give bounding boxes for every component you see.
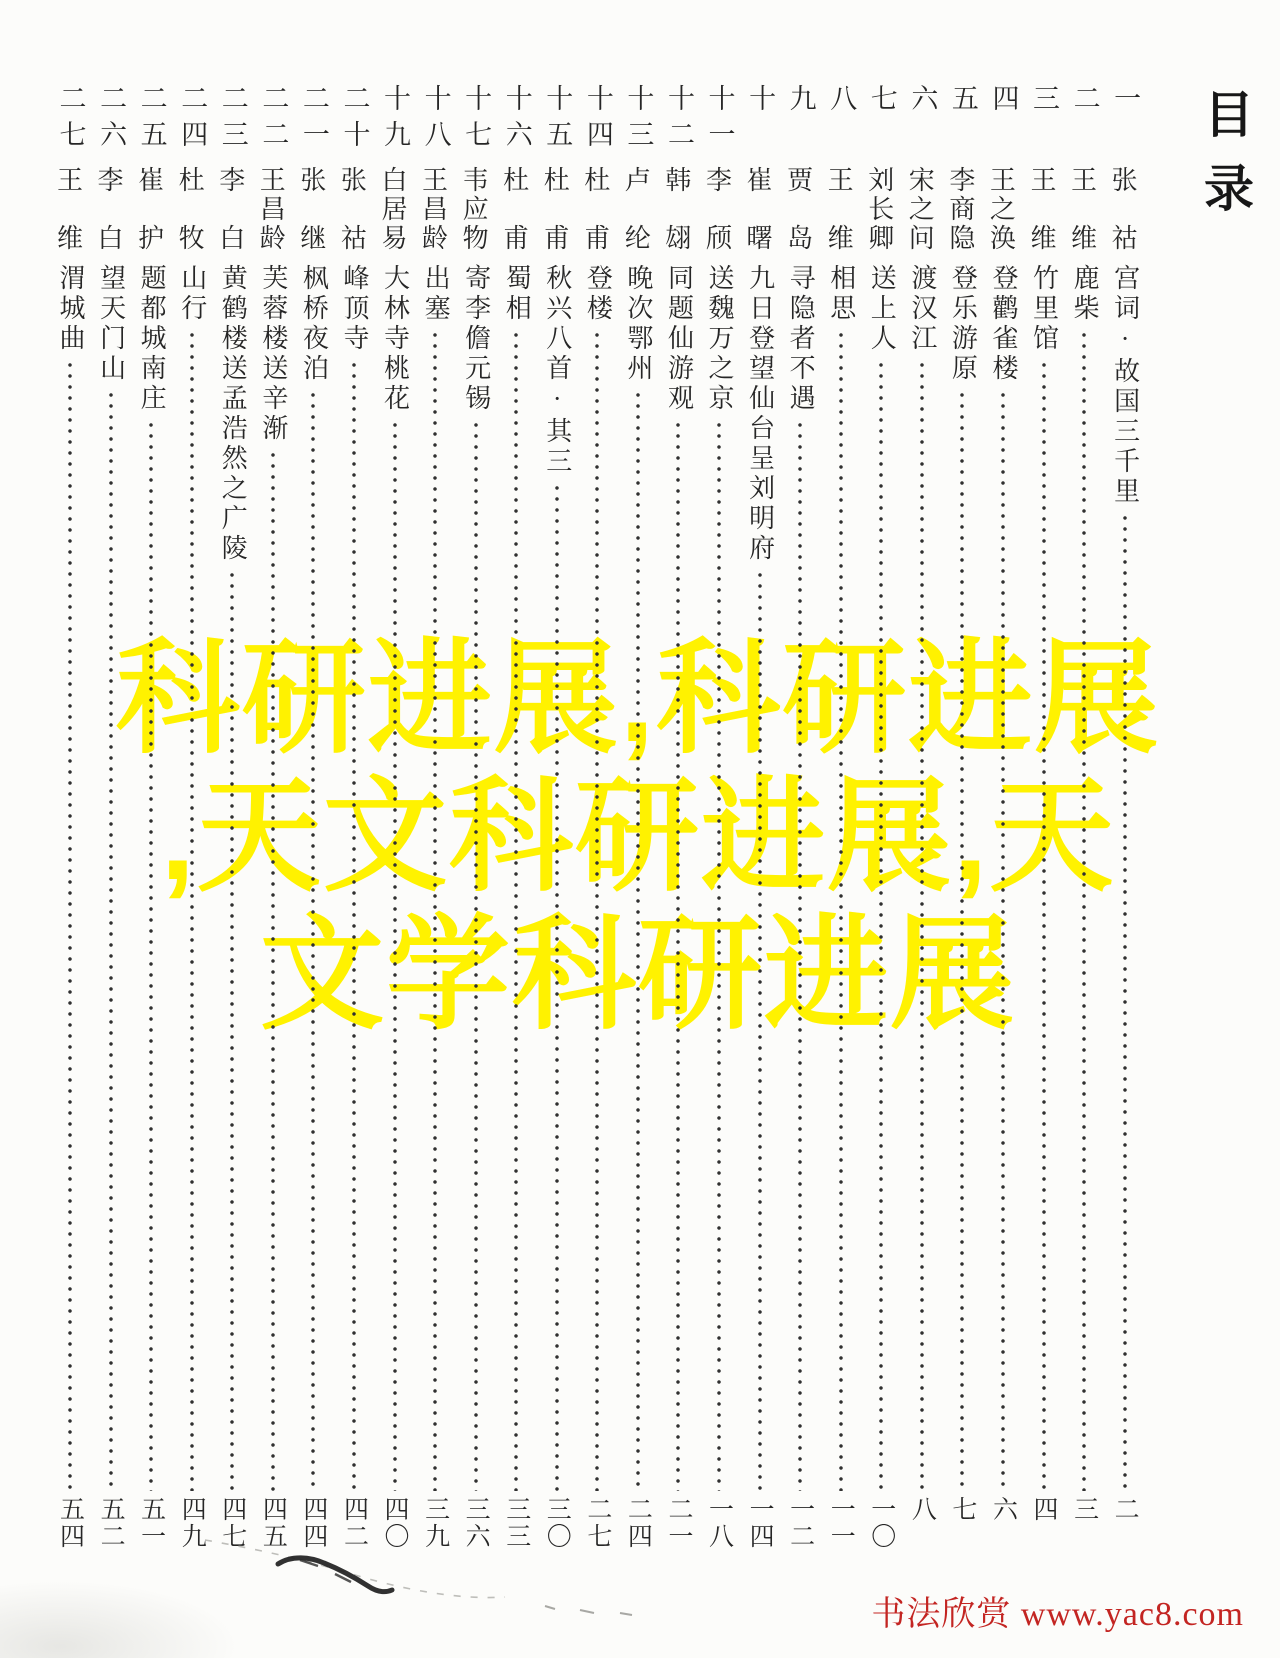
entry-number: 四	[989, 84, 1016, 164]
toc-entry: 二二 王昌龄 芙蓉楼送辛渐 四五	[253, 84, 293, 1568]
dot-leader	[474, 423, 478, 1491]
toc-entry: 九 贾岛 寻隐者不遇 一二	[780, 84, 820, 1568]
toc-entry: 二十 张祜 峰顶寺 四二	[334, 84, 374, 1568]
entry-number: 二十	[340, 84, 367, 164]
entry-number: 十	[746, 84, 773, 164]
entry-page-number: 二	[1112, 1496, 1137, 1568]
entry-author: 李白	[212, 168, 252, 252]
dot-leader	[920, 363, 924, 1491]
entry-title: 峰顶寺	[341, 264, 367, 354]
dot-leader	[109, 393, 113, 1491]
toc-entry: 十九 白居易 大林寺桃花 四〇	[375, 84, 415, 1568]
site-watermark: 书法欣赏 www.yac8.com	[871, 1586, 1244, 1635]
toc-entry: 二六 李白 望天门山 五二	[91, 84, 131, 1568]
entry-author: 李白	[91, 168, 131, 252]
page-title: 目录	[1200, 88, 1250, 236]
entry-number: 十二	[665, 84, 692, 164]
entry-author: 刘长卿	[861, 168, 901, 252]
dot-leader	[879, 363, 883, 1491]
toc-entry: 十一 李颀 送魏万之京 一八	[699, 84, 739, 1568]
entry-number: 三	[1030, 84, 1057, 164]
dot-leader	[676, 423, 680, 1491]
entry-author: 王昌龄	[253, 168, 293, 252]
entry-title: 秋兴八首·其三	[544, 264, 570, 477]
entry-title: 同题仙游观	[665, 264, 691, 414]
dot-leader	[514, 333, 518, 1491]
entry-title: 晚次鄂州	[625, 264, 651, 384]
entry-author: 韦应物	[456, 168, 496, 252]
scratch-artifact	[150, 1522, 710, 1617]
toc-entry: 二三 李白 黄鹤楼送孟浩然之广陵 四七	[212, 84, 252, 1568]
entry-title: 登楼	[584, 264, 610, 324]
dot-leader	[68, 363, 72, 1491]
entry-number: 十五	[543, 84, 570, 164]
entry-author: 王之涣	[983, 168, 1023, 252]
dot-leader	[1001, 393, 1005, 1491]
toc-entry: 二一 张继 枫桥夜泊 四四	[293, 84, 333, 1568]
entry-number: 二四	[178, 84, 205, 164]
entry-title: 宫词·故国三千里	[1112, 264, 1138, 507]
dot-leader	[433, 333, 437, 1491]
toc-columns: 一 张祜 宫词·故国三千里 二 二 王维 鹿柴 三 三 王维 竹里馆 四 四 王…	[50, 84, 1145, 1568]
entry-title: 黄鹤楼送孟浩然之广陵	[219, 264, 245, 564]
toc-entry: 五 李商隐 登乐游原 七	[942, 84, 982, 1568]
entry-page-number: 一〇	[869, 1496, 894, 1568]
entry-author: 王维	[1064, 168, 1104, 252]
entry-author: 杜甫	[577, 168, 617, 252]
entry-title: 鹿柴	[1071, 264, 1097, 324]
toc-entry: 六 宋之问 渡汉江 八	[902, 84, 942, 1568]
toc-entry: 三 王维 竹里馆 四	[1024, 84, 1064, 1568]
entry-author: 白居易	[375, 168, 415, 252]
entry-page-number: 一八	[707, 1496, 732, 1568]
entry-number: 七	[868, 84, 895, 164]
dot-leader	[1042, 363, 1046, 1491]
entry-author: 张祜	[334, 168, 374, 252]
entry-page-number: 一一	[828, 1496, 853, 1568]
entry-author: 杜甫	[537, 168, 577, 252]
entry-author: 贾岛	[780, 168, 820, 252]
entry-author: 杜甫	[496, 168, 536, 252]
entry-number: 二一	[300, 84, 327, 164]
toc-entry: 十 崔曙 九日登望仙台呈刘明府 一四	[740, 84, 780, 1568]
entry-title: 蜀相	[503, 264, 529, 324]
entry-page-number: 一四	[747, 1496, 772, 1568]
entry-author: 王昌龄	[415, 168, 455, 252]
entry-title: 相思	[828, 264, 854, 324]
entry-number: 八	[827, 84, 854, 164]
toc-entry: 十二 韩翃 同题仙游观 二一	[658, 84, 698, 1568]
entry-number: 十九	[381, 84, 408, 164]
toc-entry: 十五 杜甫 秋兴八首·其三 三〇	[537, 84, 577, 1568]
entry-page-number: 五四	[58, 1496, 83, 1568]
entry-author: 杜牧	[172, 168, 212, 252]
entry-author: 王维	[1024, 168, 1064, 252]
dot-leader	[149, 423, 153, 1491]
entry-number: 一	[1111, 84, 1138, 164]
entry-title: 竹里馆	[1031, 264, 1057, 354]
entry-number: 二三	[219, 84, 246, 164]
entry-page-number: 五二	[98, 1496, 123, 1568]
entry-title: 登乐游原	[949, 264, 975, 384]
entry-author: 李颀	[699, 168, 739, 252]
entry-title: 出塞	[422, 264, 448, 324]
entry-page-number: 四	[1031, 1496, 1056, 1568]
entry-number: 十八	[422, 84, 449, 164]
entry-number: 十四	[584, 84, 611, 164]
dot-leader	[230, 573, 234, 1491]
toc-entry: 二七 王维 渭城曲 五四	[50, 84, 90, 1568]
entry-number: 五	[949, 84, 976, 164]
entry-number: 二二	[259, 84, 286, 164]
entry-title: 山行	[179, 264, 205, 324]
entry-title: 寄李儋元锡	[463, 264, 489, 414]
entry-page-number: 七	[950, 1496, 975, 1568]
entry-page-number: 六	[990, 1496, 1015, 1568]
toc-entry: 四 王之涣 登鹳雀楼 六	[983, 84, 1023, 1568]
entry-author: 王维	[821, 168, 861, 252]
entry-author: 王维	[50, 168, 90, 252]
entry-number: 九	[787, 84, 814, 164]
entry-number: 二七	[57, 84, 84, 164]
entry-title: 送上人	[868, 264, 894, 354]
entry-page-number: 一二	[788, 1496, 813, 1568]
entry-author: 宋之问	[902, 168, 942, 252]
toc-entry: 十三 卢纶 晚次鄂州 二四	[618, 84, 658, 1568]
toc-entry: 八 王维 相思 一一	[821, 84, 861, 1568]
dot-leader	[1082, 333, 1086, 1491]
entry-author: 李商隐	[942, 168, 982, 252]
entry-number: 二五	[138, 84, 165, 164]
entry-title: 望天门山	[98, 264, 124, 384]
entry-title: 题都城南庄	[138, 264, 164, 414]
toc-entry: 十八 王昌龄 出塞 三九	[415, 84, 455, 1568]
dot-leader	[271, 453, 275, 1491]
dot-leader	[798, 423, 802, 1491]
entry-number: 十三	[624, 84, 651, 164]
toc-entry: 二 王维 鹿柴 三	[1064, 84, 1104, 1568]
dot-leader	[839, 333, 843, 1491]
dot-leader	[758, 573, 762, 1491]
entry-number: 十六	[503, 84, 530, 164]
entry-number: 二	[1071, 84, 1098, 164]
toc-entry: 十四 杜甫 登楼 二七	[577, 84, 617, 1568]
entry-author: 韩翃	[658, 168, 698, 252]
entry-author: 崔曙	[740, 168, 780, 252]
entry-author: 崔护	[131, 168, 171, 252]
entry-title: 芙蓉楼送辛渐	[260, 264, 286, 444]
entry-author: 张祜	[1105, 168, 1145, 252]
entry-number: 十一	[706, 84, 733, 164]
entry-title: 寻隐者不遇	[787, 264, 813, 414]
dot-leader	[555, 486, 559, 1491]
dot-leader	[352, 363, 356, 1491]
scanned-toc-page: 科研进展,科研进展,天文科研进展,天文学科研进展 目录 一 张祜 宫词·故国三千…	[0, 0, 1280, 1658]
dot-leader	[190, 333, 194, 1491]
entry-author: 张继	[293, 168, 333, 252]
entry-number: 六	[908, 84, 935, 164]
entry-number: 十七	[462, 84, 489, 164]
entry-title: 送魏万之京	[706, 264, 732, 414]
entry-author: 卢纶	[618, 168, 658, 252]
entry-page-number: 三	[1072, 1496, 1097, 1568]
dot-leader	[311, 393, 315, 1491]
toc-entry: 十七 韦应物 寄李儋元锡 三六	[456, 84, 496, 1568]
entry-title: 渭城曲	[57, 264, 83, 354]
entry-title: 登鹳雀楼	[990, 264, 1016, 384]
entry-title: 枫桥夜泊	[300, 264, 326, 384]
entry-number: 二六	[97, 84, 124, 164]
dot-leader	[960, 393, 964, 1491]
entry-page-number: 八	[909, 1496, 934, 1568]
dot-leader	[393, 423, 397, 1491]
dot-leader	[636, 393, 640, 1491]
toc-entry: 一 张祜 宫词·故国三千里 二	[1105, 84, 1145, 1568]
toc-entry: 二五 崔护 题都城南庄 五一	[131, 84, 171, 1568]
toc-entry: 十六 杜甫 蜀相 三三	[496, 84, 536, 1568]
dot-leader	[1123, 516, 1127, 1491]
entry-title: 大林寺桃花	[382, 264, 408, 414]
dot-leader	[595, 333, 599, 1491]
toc-entry: 七 刘长卿 送上人 一〇	[861, 84, 901, 1568]
entry-title: 九日登望仙台呈刘明府	[747, 264, 773, 564]
dot-leader	[717, 423, 721, 1491]
toc-entry: 二四 杜牧 山行 四九	[172, 84, 212, 1568]
entry-title: 渡汉江	[909, 264, 935, 354]
